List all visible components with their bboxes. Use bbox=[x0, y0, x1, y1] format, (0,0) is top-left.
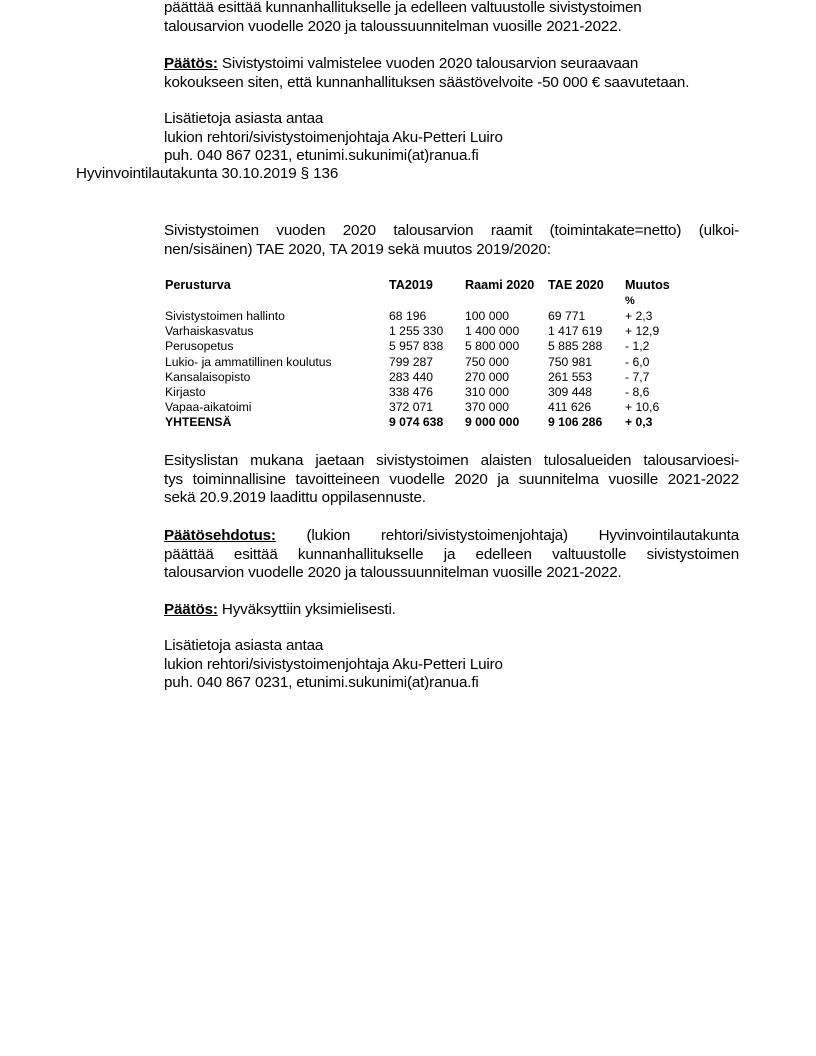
cell-change: + 2,3 bbox=[625, 309, 695, 324]
attachments-paragraph: Esityslistan mukana jaetaan sivistystoim… bbox=[164, 452, 739, 508]
text-line: nen/sisäinen) TAE 2020, TA 2019 sekä muu… bbox=[164, 241, 739, 260]
section-heading: Hyvinvointilautakunta 30.10.2019 § 136 bbox=[76, 165, 338, 184]
cell-ta2019: 9 074 638 bbox=[389, 415, 465, 430]
decision-label: Päätös: bbox=[164, 55, 218, 72]
text-line: päättää esittää kunnanhallitukselle ja e… bbox=[164, 0, 739, 18]
header-change-label: Muutos bbox=[625, 278, 670, 292]
text-line: Esityslistan mukana jaetaan sivistystoim… bbox=[164, 452, 739, 471]
decision-text: Hyväksyttiin yksimielisesti. bbox=[218, 601, 396, 618]
header-change: Muutos % bbox=[625, 277, 695, 309]
budget-table: Perusturva TA2019 Raami 2020 TAE 2020 Mu… bbox=[164, 277, 695, 431]
header-category: Perusturva bbox=[164, 277, 389, 309]
cell-tae2020: 750 981 bbox=[548, 355, 625, 370]
table-header-row: Perusturva TA2019 Raami 2020 TAE 2020 Mu… bbox=[164, 277, 695, 309]
cell-tae2020: 1 417 619 bbox=[548, 324, 625, 339]
cell-change: + 10,6 bbox=[625, 400, 695, 415]
contact-person: lukion rehtori/sivistystoimenjohtaja Aku… bbox=[164, 129, 739, 148]
text-line: päättää esittää kunnanhallitukselle ja e… bbox=[164, 546, 739, 565]
cell-ta2019: 372 071 bbox=[389, 400, 465, 415]
header-raami2020: Raami 2020 bbox=[465, 277, 548, 309]
cell-tae2020: 261 553 bbox=[548, 370, 625, 385]
table-row: Lukio- ja ammatillinen koulutus799 28775… bbox=[164, 355, 695, 370]
text-line: Sivistystoimen vuoden 2020 talousarvion … bbox=[164, 222, 739, 241]
decision-label: Päätös: bbox=[164, 601, 218, 618]
cell-category: Vapaa-aikatoimi bbox=[164, 400, 389, 415]
cell-ta2019: 5 957 838 bbox=[389, 339, 465, 354]
proposal-paragraph: Päätösehdotus: (lukion rehtori/sivistyst… bbox=[164, 527, 739, 583]
previous-decision: Päätös: Sivistystoimi valmistelee vuoden… bbox=[164, 55, 739, 92]
document-page: päättää esittää kunnanhallitukselle ja e… bbox=[0, 0, 816, 1056]
table-row: Perusopetus5 957 8385 800 0005 885 288- … bbox=[164, 339, 695, 354]
table-row: Vapaa-aikatoimi372 071370 000411 626+ 10… bbox=[164, 400, 695, 415]
contact-phone-email: puh. 040 867 0231, etunimi.sukunimi(at)r… bbox=[164, 674, 739, 693]
cell-category: Kirjasto bbox=[164, 385, 389, 400]
cell-ta2019: 799 287 bbox=[389, 355, 465, 370]
table-total-row: YHTEENSÄ9 074 6389 000 0009 106 286+ 0,3 bbox=[164, 415, 695, 430]
table-row: Varhaiskasvatus1 255 3301 400 0001 417 6… bbox=[164, 324, 695, 339]
cell-tae2020: 411 626 bbox=[548, 400, 625, 415]
table-row: Sivistystoimen hallinto68 196100 00069 7… bbox=[164, 309, 695, 324]
decision-text: Sivistystoimi valmistelee vuoden 2020 ta… bbox=[218, 55, 638, 72]
cell-raami2020: 750 000 bbox=[465, 355, 548, 370]
cell-category: YHTEENSÄ bbox=[164, 415, 389, 430]
text-line: tys toiminnallisine tavoitteineen vuodel… bbox=[164, 471, 739, 490]
cell-category: Kansalaisopisto bbox=[164, 370, 389, 385]
cell-ta2019: 338 476 bbox=[389, 385, 465, 400]
cell-change: + 12,9 bbox=[625, 324, 695, 339]
cell-raami2020: 5 800 000 bbox=[465, 339, 548, 354]
text-line: talousarvion vuodelle 2020 ja taloussuun… bbox=[164, 18, 739, 37]
text-line: kokoukseen siten, että kunnanhallituksen… bbox=[164, 74, 739, 93]
text-line: talousarvion vuodelle 2020 ja taloussuun… bbox=[164, 564, 739, 583]
contact-intro: Lisätietoja asiasta antaa bbox=[164, 637, 739, 656]
proposal-label: Päätösehdotus: bbox=[164, 527, 276, 544]
cell-raami2020: 9 000 000 bbox=[465, 415, 548, 430]
cell-change: - 1,2 bbox=[625, 339, 695, 354]
cell-change: + 0,3 bbox=[625, 415, 695, 430]
header-tae2020: TAE 2020 bbox=[548, 277, 625, 309]
cell-ta2019: 68 196 bbox=[389, 309, 465, 324]
cell-raami2020: 1 400 000 bbox=[465, 324, 548, 339]
cell-change: - 6,0 bbox=[625, 355, 695, 370]
cell-raami2020: 370 000 bbox=[465, 400, 548, 415]
text-line: sekä 20.9.2019 laadittu oppilasennuste. bbox=[164, 489, 739, 508]
intro-paragraph: Sivistystoimen vuoden 2020 talousarvion … bbox=[164, 222, 739, 259]
cell-change: - 7,7 bbox=[625, 370, 695, 385]
cell-raami2020: 310 000 bbox=[465, 385, 548, 400]
cell-change: - 8,6 bbox=[625, 385, 695, 400]
cell-ta2019: 1 255 330 bbox=[389, 324, 465, 339]
cell-category: Sivistystoimen hallinto bbox=[164, 309, 389, 324]
proposal-text: (lukion rehtori/sivistystoimenjohtaja) H… bbox=[307, 527, 740, 544]
contact-intro: Lisätietoja asiasta antaa bbox=[164, 110, 739, 129]
table-row: Kansalaisopisto283 440270 000261 553- 7,… bbox=[164, 370, 695, 385]
cell-raami2020: 100 000 bbox=[465, 309, 548, 324]
cell-tae2020: 9 106 286 bbox=[548, 415, 625, 430]
cell-tae2020: 69 771 bbox=[548, 309, 625, 324]
table-row: Kirjasto338 476310 000309 448- 8,6 bbox=[164, 385, 695, 400]
contact-info: Lisätietoja asiasta antaa lukion rehtori… bbox=[164, 637, 739, 693]
table-body: Sivistystoimen hallinto68 196100 00069 7… bbox=[164, 309, 695, 431]
cell-category: Perusopetus bbox=[164, 339, 389, 354]
contact-phone-email: puh. 040 867 0231, etunimi.sukunimi(at)r… bbox=[164, 147, 739, 166]
previous-proposal-continuation: päättää esittää kunnanhallitukselle ja e… bbox=[164, 0, 739, 36]
cell-category: Varhaiskasvatus bbox=[164, 324, 389, 339]
contact-person: lukion rehtori/sivistystoimenjohtaja Aku… bbox=[164, 656, 739, 675]
cell-ta2019: 283 440 bbox=[389, 370, 465, 385]
previous-contact-info: Lisätietoja asiasta antaa lukion rehtori… bbox=[164, 110, 739, 166]
header-ta2019: TA2019 bbox=[389, 277, 465, 309]
cell-category: Lukio- ja ammatillinen koulutus bbox=[164, 355, 389, 370]
cell-raami2020: 270 000 bbox=[465, 370, 548, 385]
header-change-unit: % bbox=[625, 293, 695, 309]
cell-tae2020: 5 885 288 bbox=[548, 339, 625, 354]
decision-paragraph: Päätös: Hyväksyttiin yksimielisesti. bbox=[164, 601, 739, 620]
cell-tae2020: 309 448 bbox=[548, 385, 625, 400]
